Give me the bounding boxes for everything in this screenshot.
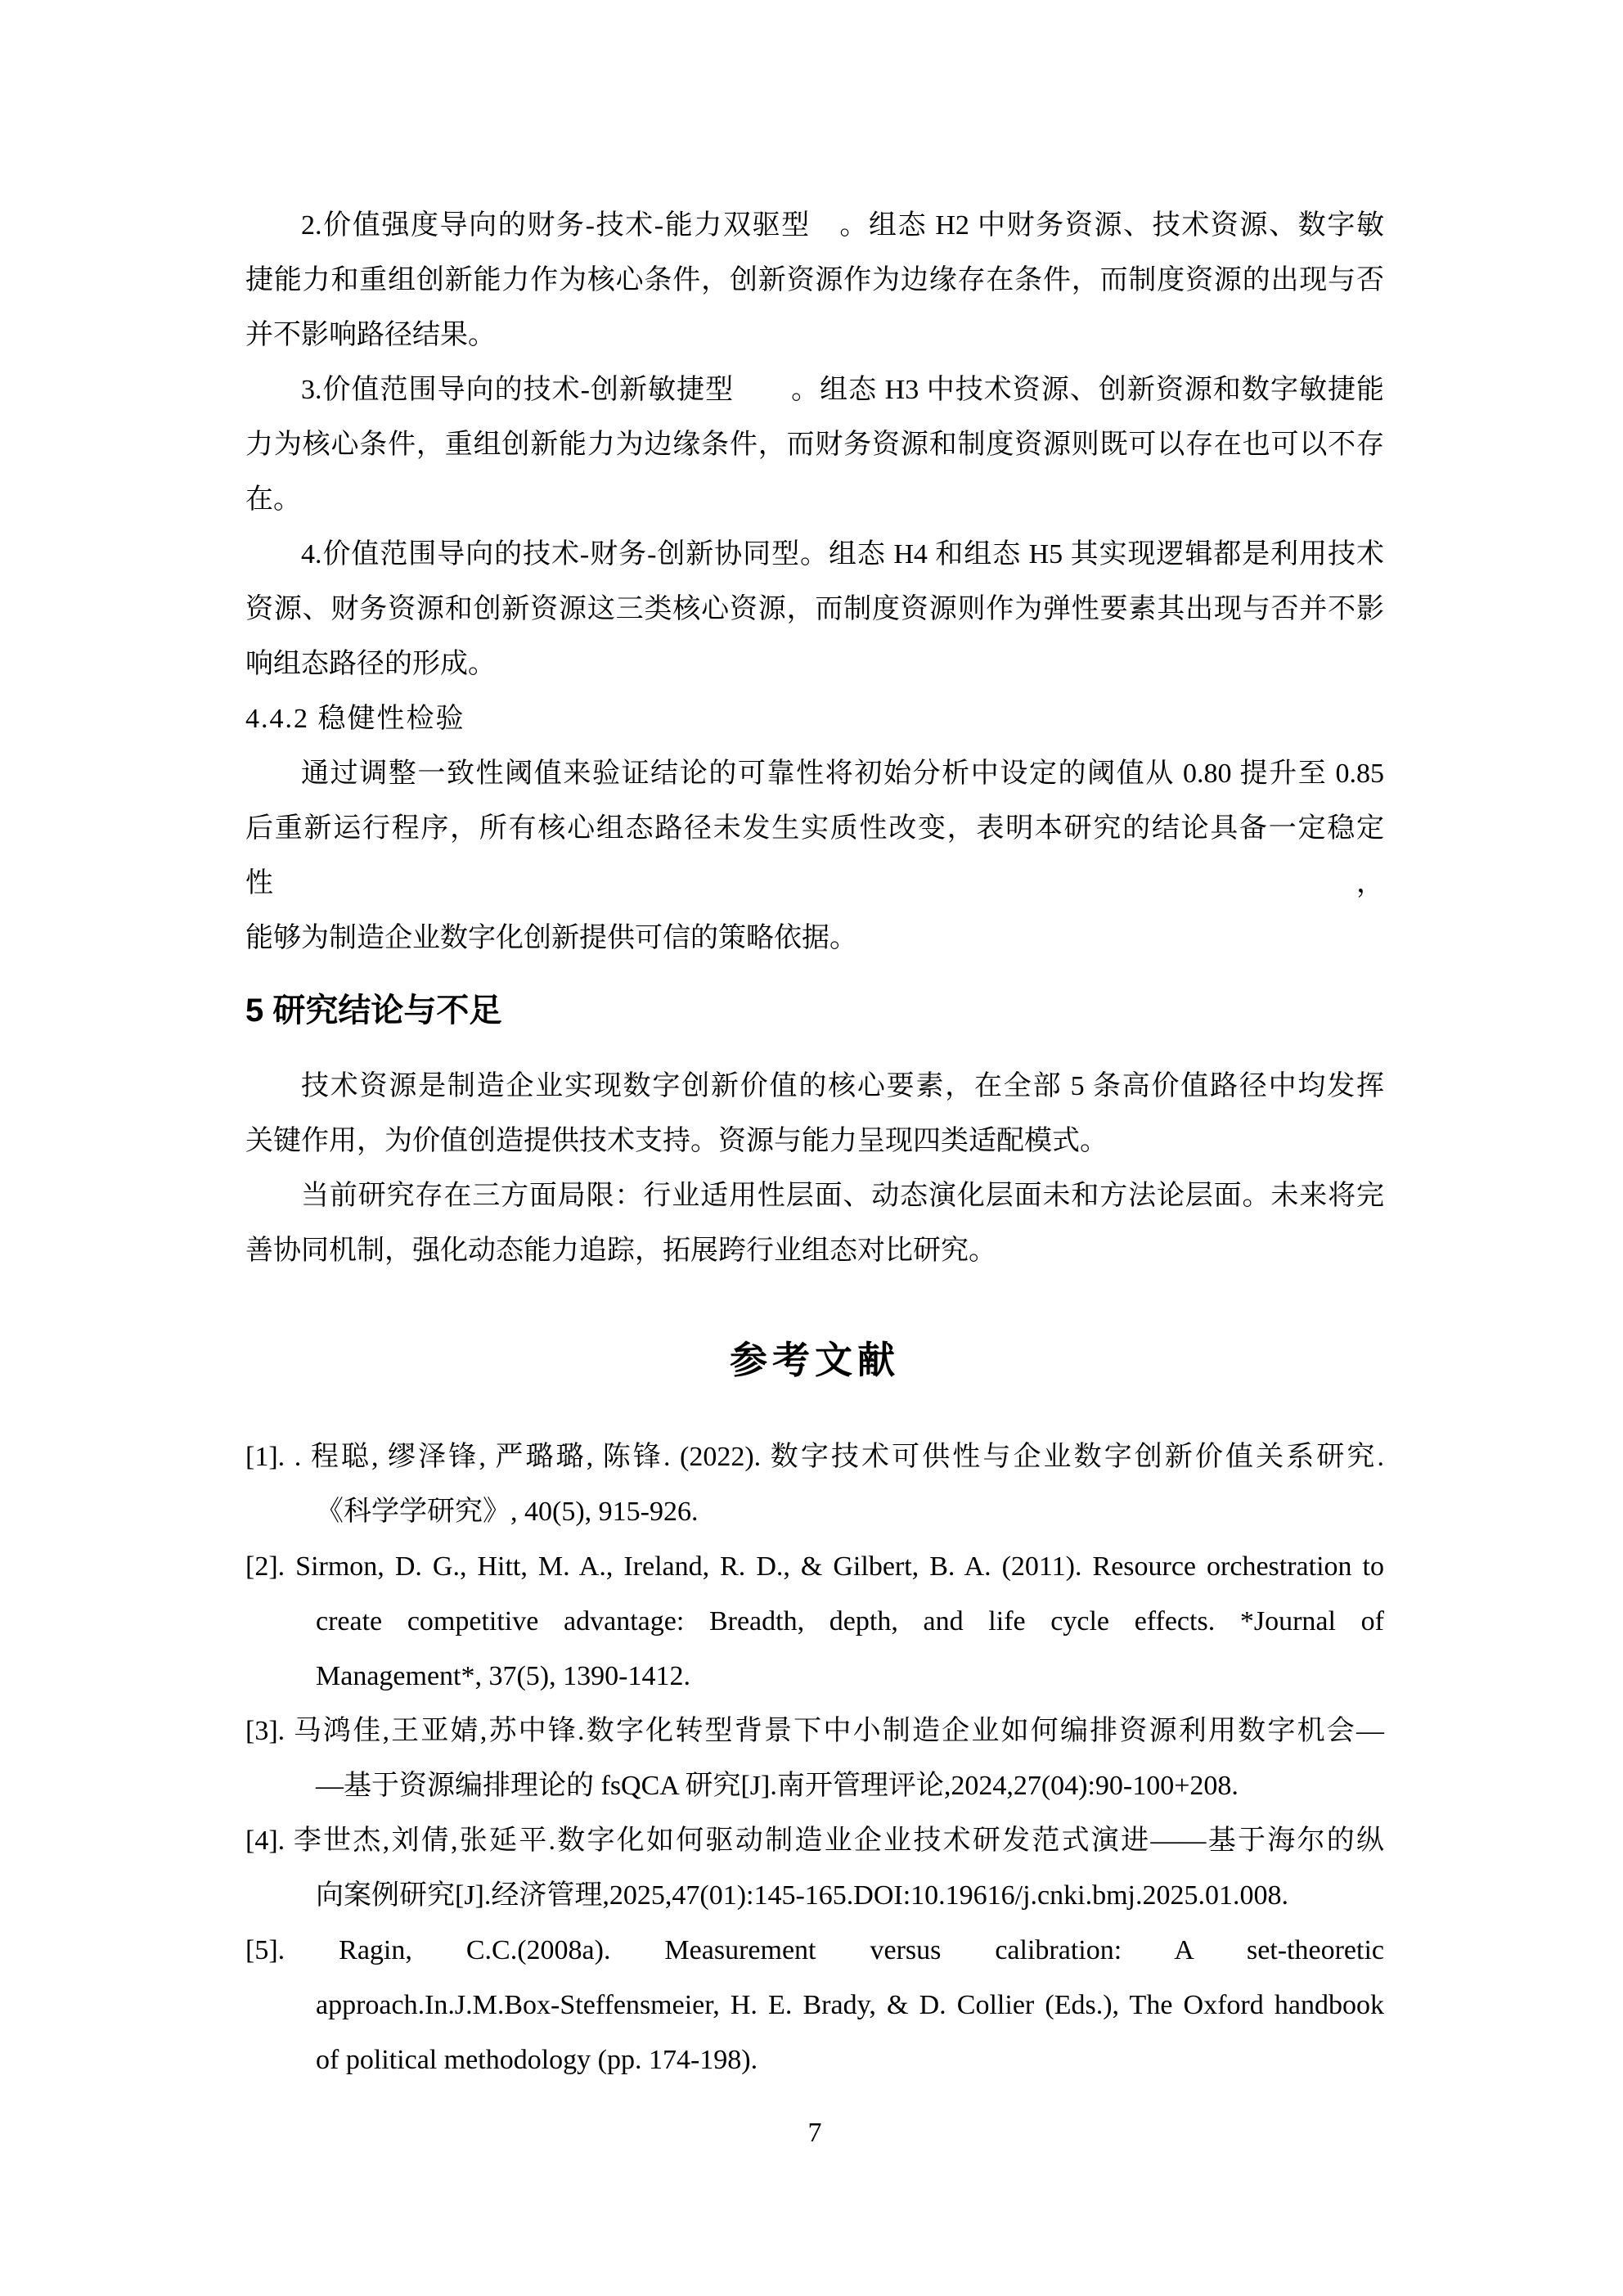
body-paragraph: 当前研究存在三方面局限：行业适用性层面、动态演化层面未和方法论层面。未来将完善协… xyxy=(245,1168,1384,1278)
document-body: 2.价值强度导向的财务-技术-能力双驱型 。组态 H2 中财务资源、技术资源、数… xyxy=(245,198,1384,2087)
body-paragraph: 技术资源是制造企业实现数字创新价值的核心要素，在全部 5 条高价值路径中均发挥关… xyxy=(245,1059,1384,1168)
paragraph-line: 能够为制造企业数字化创新提供可信的策略依据。 xyxy=(245,911,1384,966)
reference-item: [5]. Ragin, C.C.(2008a). Measurement ver… xyxy=(245,1923,1384,2087)
page-number: 7 xyxy=(245,2117,1384,2150)
reference-item: [2]. Sirmon, D. G., Hitt, M. A., Ireland… xyxy=(245,1539,1384,1704)
reference-line: [1]. . 程聪, 缪泽锋, 严璐璐, 陈锋. (2022). 数字技术可供性… xyxy=(245,1429,1384,1484)
paragraph-line: 并不影响路径结果。 xyxy=(245,308,1384,362)
reference-line: [3]. 马鸿佳,王亚婧,苏中锋.数字化转型背景下中小制造企业如何编排资源利用数… xyxy=(245,1704,1384,1758)
body-paragraph: 2.价值强度导向的财务-技术-能力双驱型 。组态 H2 中财务资源、技术资源、数… xyxy=(245,198,1384,362)
paragraph-line: 后重新运行程序，所有核心组态路径未发生实质性改变，表明本研究的结论具备一定稳定性… xyxy=(245,801,1384,911)
body-paragraph: 通过调整一致性阈值来验证结论的可靠性将初始分析中设定的阈值从 0.80 提升至 … xyxy=(245,746,1384,966)
paragraph-line: 2.价值强度导向的财务-技术-能力双驱型 。组态 H2 中财务资源、技术资源、数… xyxy=(245,198,1384,253)
reference-line: approach.In.J.M.Box-Steffensmeier, H. E.… xyxy=(245,1978,1384,2033)
paragraph-line: 在。 xyxy=(245,472,1384,527)
reference-line: create competitive advantage: Breadth, d… xyxy=(245,1594,1384,1649)
paragraph-line: 资源、财务资源和创新资源这三类核心资源，而制度资源则作为弹性要素其出现与否并不影 xyxy=(245,582,1384,637)
paragraph-line: 通过调整一致性阈值来验证结论的可靠性将初始分析中设定的阈值从 0.80 提升至 … xyxy=(245,746,1384,801)
reference-item: [1]. . 程聪, 缪泽锋, 严璐璐, 陈锋. (2022). 数字技术可供性… xyxy=(245,1429,1384,1539)
subsection-heading: 4.4.2 稳健性检验 xyxy=(245,691,1384,746)
paragraph-line: 力为核心条件，重组创新能力为边缘条件，而财务资源和制度资源则既可以存在也可以不存 xyxy=(245,417,1384,472)
paragraph-line: 3.价值范围导向的技术-创新敏捷型 。组态 H3 中技术资源、创新资源和数字敏捷… xyxy=(245,362,1384,417)
reference-line: 《科学学研究》, 40(5), 915-926. xyxy=(245,1484,1384,1539)
document-page: 2.价值强度导向的财务-技术-能力双驱型 。组态 H2 中财务资源、技术资源、数… xyxy=(0,0,1623,2296)
body-paragraph: 3.价值范围导向的技术-创新敏捷型 。组态 H3 中技术资源、创新资源和数字敏捷… xyxy=(245,362,1384,527)
body-paragraph: 4.价值范围导向的技术-财务-创新协同型。组态 H4 和组态 H5 其实现逻辑都… xyxy=(245,527,1384,691)
paragraph-line: 捷能力和重组创新能力作为核心条件，创新资源作为边缘存在条件，而制度资源的出现与否 xyxy=(245,253,1384,308)
reference-line: Management*, 37(5), 1390-1412. xyxy=(245,1649,1384,1704)
reference-line: 向案例研究[J].经济管理,2025,47(01):145-165.DOI:10… xyxy=(245,1868,1384,1923)
reference-line: [4]. 李世杰,刘倩,张延平.数字化如何驱动制造业企业技术研发范式演进——基于… xyxy=(245,1813,1384,1868)
reference-line: —基于资源编排理论的 fsQCA 研究[J].南开管理评论,2024,27(04… xyxy=(245,1758,1384,1813)
paragraph-line: 技术资源是制造企业实现数字创新价值的核心要素，在全部 5 条高价值路径中均发挥 xyxy=(245,1059,1384,1114)
references-heading: 参考文献 xyxy=(245,1324,1384,1396)
paragraph-line: 关键作用，为价值创造提供技术支持。资源与能力呈现四类适配模式。 xyxy=(245,1114,1384,1168)
reference-item: [4]. 李世杰,刘倩,张延平.数字化如何驱动制造业企业技术研发范式演进——基于… xyxy=(245,1813,1384,1923)
paragraph-line: 响组态路径的形成。 xyxy=(245,637,1384,691)
reference-line: [2]. Sirmon, D. G., Hitt, M. A., Ireland… xyxy=(245,1539,1384,1594)
section-heading: 5 研究结论与不足 xyxy=(245,977,1384,1044)
paragraph-line: 当前研究存在三方面局限：行业适用性层面、动态演化层面未和方法论层面。未来将完 xyxy=(245,1168,1384,1223)
reference-item: [3]. 马鸿佳,王亚婧,苏中锋.数字化转型背景下中小制造企业如何编排资源利用数… xyxy=(245,1704,1384,1813)
paragraph-line: 4.价值范围导向的技术-财务-创新协同型。组态 H4 和组态 H5 其实现逻辑都… xyxy=(245,527,1384,582)
paragraph-line: 善协同机制，强化动态能力追踪，拓展跨行业组态对比研究。 xyxy=(245,1223,1384,1278)
reference-line: of political methodology (pp. 174-198). xyxy=(245,2033,1384,2087)
reference-line: [5]. Ragin, C.C.(2008a). Measurement ver… xyxy=(245,1923,1384,1978)
